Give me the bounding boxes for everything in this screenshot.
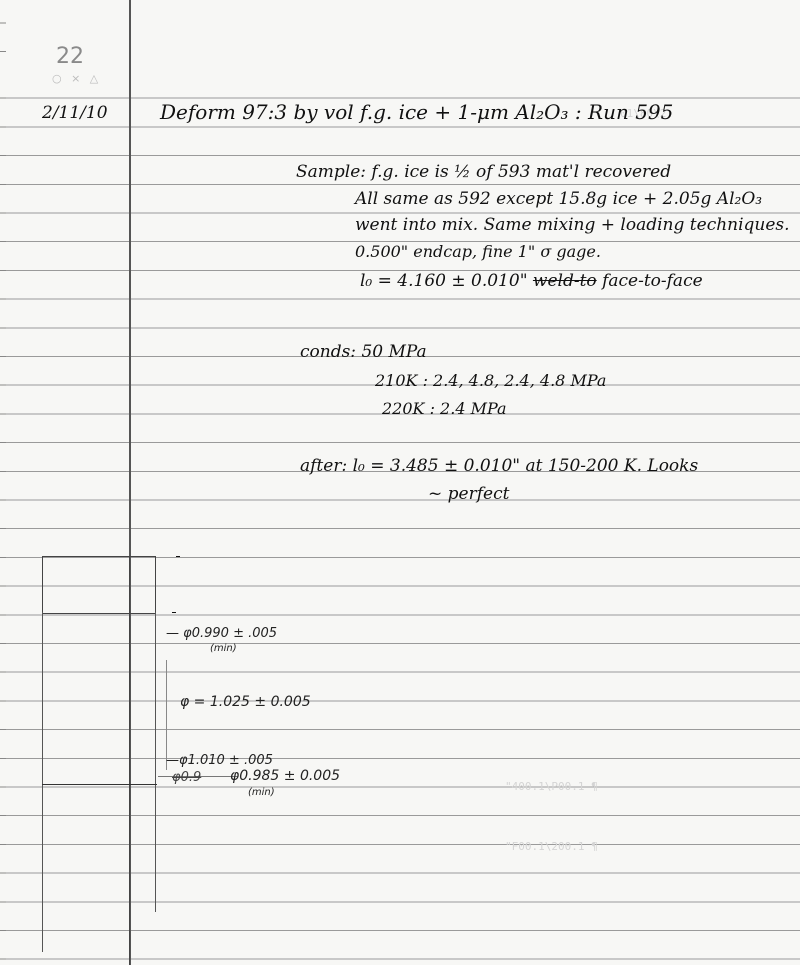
conditions-row-220k: 220K : 2.4 MPa bbox=[382, 399, 507, 418]
sketch-left-edge bbox=[42, 612, 43, 952]
struck-text: weld-to bbox=[533, 271, 597, 291]
sketch-tick bbox=[172, 612, 176, 613]
page-header-area bbox=[0, 0, 800, 97]
sample-line-4: 0.500" endcap, fine 1" σ gage. bbox=[355, 242, 601, 261]
sample-line-5: l₀ = 4.160 ± 0.010" weld-to face-to-face bbox=[360, 271, 703, 291]
sketch-lower-boundary bbox=[42, 784, 157, 785]
sketch-right-edge bbox=[155, 612, 156, 912]
length-value: l₀ = 4.160 ± 0.010" bbox=[360, 271, 528, 291]
after-line-1: after: l₀ = 3.485 ± 0.010" at 150-200 K.… bbox=[300, 456, 698, 476]
entry-date: 2/11/10 bbox=[42, 103, 108, 123]
dimension-4-note: (min) bbox=[248, 784, 275, 799]
dimension-3: —φ1.010 ± .005 bbox=[166, 753, 273, 768]
notebook-page bbox=[0, 0, 800, 965]
after-line-2: ~ perfect bbox=[428, 484, 509, 504]
bleed-through: "F00.1\200.1 ¶ bbox=[505, 840, 598, 853]
sample-line-2: All same as 592 except 15.8g ice + 2.05g… bbox=[355, 189, 762, 209]
sketch-tick bbox=[176, 556, 180, 557]
dimension-1-note: (min) bbox=[210, 640, 237, 655]
entry-title: Deform 97:3 by vol f.g. ice + 1-μm Al₂O₃… bbox=[160, 100, 673, 124]
bleed-through: "400.1\P00.1 ¶ bbox=[505, 780, 598, 793]
dimension-4: φ0.985 ± 0.005 bbox=[230, 768, 340, 784]
dimension-2: φ = 1.025 ± 0.005 bbox=[180, 694, 311, 710]
struck-dimension: φ0.9 bbox=[172, 770, 201, 785]
page-number: 22 bbox=[56, 44, 84, 69]
recycle-icon: ○ × △ bbox=[52, 72, 101, 85]
dimension-1: — φ0.990 ± .005 bbox=[166, 626, 277, 641]
endcap-outline bbox=[42, 556, 156, 614]
sketch-centerline bbox=[129, 556, 130, 965]
length-note: face-to-face bbox=[602, 271, 703, 291]
conditions-row-210k: 210K : 2.4, 4.8, 2.4, 4.8 MPa bbox=[375, 371, 606, 390]
sample-line-1: Sample: f.g. ice is ½ of 593 mat'l recov… bbox=[296, 162, 671, 182]
edge-ticks bbox=[0, 0, 6, 965]
conditions-header: conds: 50 MPa bbox=[300, 342, 427, 362]
sample-line-3: went into mix. Same mixing + loading tec… bbox=[355, 215, 790, 235]
